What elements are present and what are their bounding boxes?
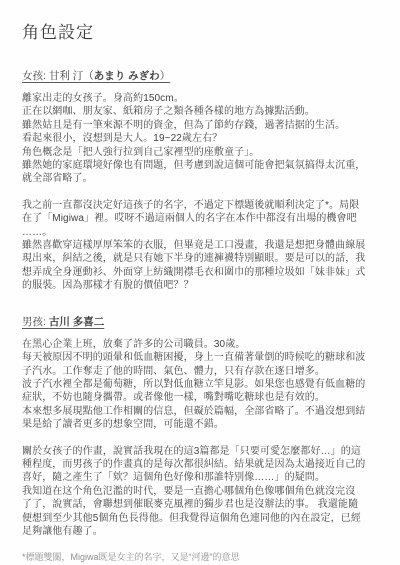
girl-paragraph-profile: 離家出走的女孩子。身高約150cm。 正在以網咖、朋友家、紙箱房子之類各種各樣的… [22,92,388,186]
girl-heading-close: ） [160,70,171,82]
girl-section-heading: 女孩: 甘利 汀（あまり みぎわ） [22,69,388,83]
boy-section: 男孩: 古川 多喜二 在黑心企業上班，放棄了許多的公司職員。30歲。 每天被原因… [22,315,388,539]
page-title: 角色設定 [22,18,388,43]
girl-heading-name-reading: あまり みぎわ [94,70,160,82]
girl-paragraph-commentary: 我之前一直都沒決定好這孩子的名字，不過定下標題後就順利決定了*。局限 在了「Mi… [22,199,388,293]
boy-heading-label: 男孩: [22,316,49,328]
girl-heading-label: 女孩: 甘利 汀（ [22,70,94,82]
boy-paragraph-profile: 在黑心企業上班，放棄了許多的公司職員。30歲。 每天被原因不明的頭暈和低血糖困擾… [22,338,388,432]
girl-section: 女孩: 甘利 汀（あまり みぎわ） 離家出走的女孩子。身高約150cm。 正在以… [22,69,388,293]
boy-section-heading: 男孩: 古川 多喜二 [22,315,388,329]
document-page: 角色設定 女孩: 甘利 汀（あまり みぎわ） 離家出走的女孩子。身高約150cm… [0,0,400,565]
boy-paragraph-commentary: 關於女孩子的作畫，說實話我現在的這3篇都是「只要可愛怎麼都好…」的這 種程度，而… [22,445,388,539]
footnote: *標題雙關，Migiwa既是女主的名字，又是“河邊”的意思 [22,551,388,563]
boy-heading-name: 古川 多喜二 [49,316,104,328]
